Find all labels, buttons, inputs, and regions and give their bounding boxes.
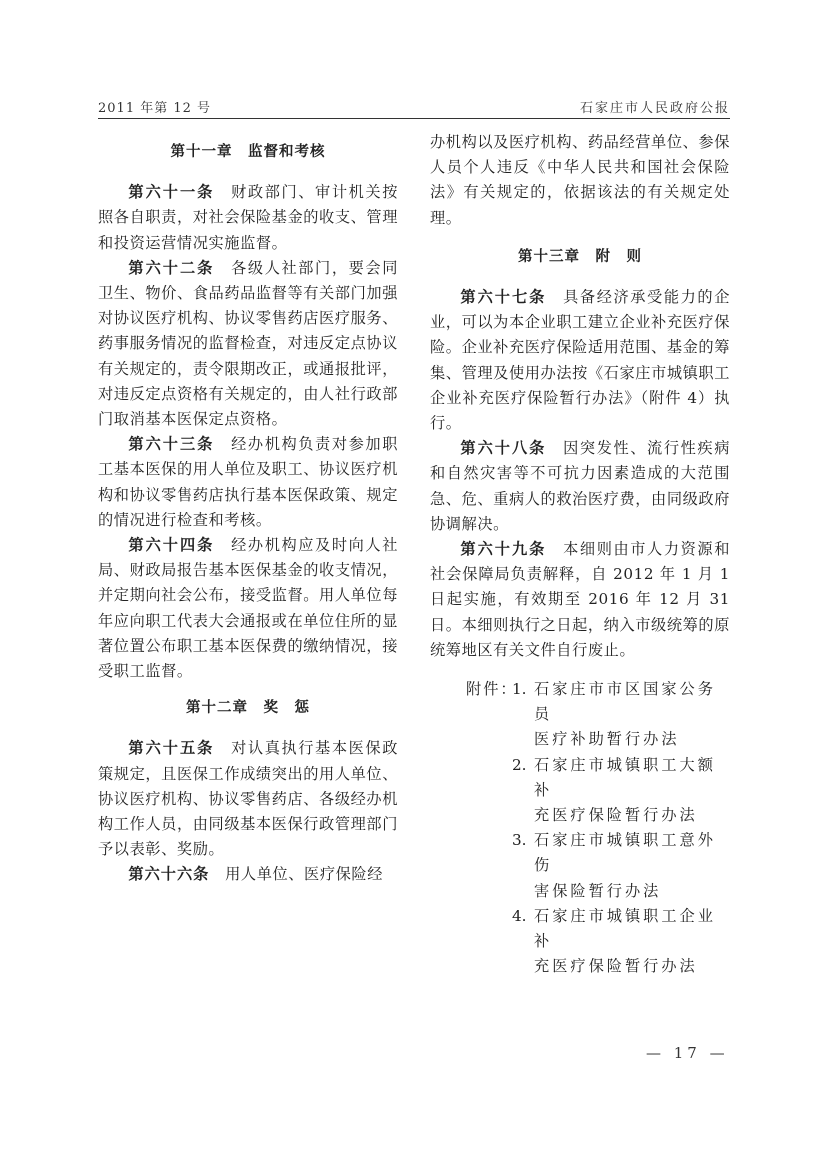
article-66-continued: 办机构以及医疗机构、药品经营单位、参保人员个人违反《中华人民共和国社会保险法》有… (430, 130, 730, 231)
attachment-title: 石家庄市城镇职工意外伤 (534, 828, 730, 878)
attachment-number: 4. (512, 904, 527, 929)
chapter-heading: 第十一章 监督和考核 (98, 140, 398, 165)
attachment-item: 3. 石家庄市城镇职工意外伤 害保险暂行办法 (430, 828, 730, 904)
attachment-item: 附件： 1. 石家庄市市区国家公务员 医疗补助暂行办法 (430, 677, 730, 753)
publication-title: 石家庄市人民政府公报 (580, 97, 730, 116)
attachments-label: 附件： (466, 677, 518, 702)
attachment-title-cont: 充医疗保险暂行办法 (534, 803, 730, 828)
article-69: 第六十九条 本细则由市人力资源和社会保障局负责解释，自 2012 年 1 月 1… (430, 537, 730, 663)
chapter-heading: 第十二章 奖 惩 (98, 696, 398, 721)
header-rule (98, 118, 730, 119)
article-61: 第六十一条 财政部门、审计机关按照各自职责，对社会保险基金的收支、管理和投资运营… (98, 180, 398, 256)
article-65: 第六十五条 对认真执行基本医保政策规定，且医保工作成绩突出的用人单位、协议医疗机… (98, 736, 398, 862)
running-header: 2011 年第 12 号 石家庄市人民政府公报 (98, 94, 730, 116)
article-label: 第六十一条 (128, 183, 214, 201)
attachments-list: 附件： 1. 石家庄市市区国家公务员 医疗补助暂行办法 2. 石家庄市城镇职工大… (430, 677, 730, 979)
article-label: 第六十七条 (460, 288, 546, 306)
attachment-title-cont: 充医疗保险暂行办法 (534, 954, 730, 979)
article-66: 第六十六条 用人单位、医疗保险经 (98, 862, 398, 887)
article-label: 第六十九条 (460, 540, 546, 558)
attachment-number: 3. (512, 828, 527, 853)
attachment-item: 2. 石家庄市城镇职工大额补 充医疗保险暂行办法 (430, 753, 730, 829)
article-67: 第六十七条 具备经济承受能力的企业，可以为本企业职工建立企业补充医疗保险。企业补… (430, 285, 730, 436)
attachment-title-cont: 害保险暂行办法 (534, 879, 730, 904)
page-number: — 17 — (646, 1044, 729, 1062)
issue-label: 2011 年第 12 号 (98, 97, 211, 116)
attachment-title: 石家庄市市区国家公务员 (534, 677, 730, 727)
attachment-title-cont: 医疗补助暂行办法 (534, 727, 730, 752)
article-label: 第六十三条 (128, 435, 214, 453)
attachment-number: 1. (512, 677, 527, 702)
attachment-item: 4. 石家庄市城镇职工企业补 充医疗保险暂行办法 (430, 904, 730, 980)
article-62: 第六十二条 各级人社部门，要会同卫生、物价、食品药品监督等有关部门加强对协议医疗… (98, 256, 398, 432)
attachment-number: 2. (512, 753, 527, 778)
attachment-title: 石家庄市城镇职工大额补 (534, 753, 730, 803)
attachment-title: 石家庄市城镇职工企业补 (534, 904, 730, 954)
chapter-heading: 第十三章 附 则 (430, 245, 730, 270)
article-63: 第六十三条 经办机构负责对参加职工基本医保的用人单位及职工、协议医疗机构和协议零… (98, 432, 398, 533)
article-text: 经办机构应及时向人社局、财政局报告基本医保基金的收支情况，并定期向社会公布，接受… (98, 536, 398, 680)
article-label: 第六十二条 (128, 259, 214, 277)
article-label: 第六十五条 (128, 739, 214, 757)
article-text: 用人单位、医疗保险经 (225, 865, 383, 883)
right-column: 办机构以及医疗机构、药品经营单位、参保人员个人违反《中华人民共和国社会保险法》有… (430, 130, 730, 663)
article-label: 第六十八条 (460, 439, 546, 457)
article-68: 第六十八条 因突发性、流行性疾病和自然灾害等不可抗力因素造成的大范围急、危、重病… (430, 436, 730, 537)
article-label: 第六十四条 (128, 536, 214, 554)
article-text: 各级人社部门，要会同卫生、物价、食品药品监督等有关部门加强对协议医疗机构、协议零… (98, 259, 398, 428)
left-column: 第十一章 监督和考核 第六十一条 财政部门、审计机关按照各自职责，对社会保险基金… (98, 136, 398, 888)
article-text: 具备经济承受能力的企业，可以为本企业职工建立企业补充医疗保险。企业补充医疗保险适… (430, 288, 730, 432)
article-label: 第六十六条 (128, 865, 209, 883)
article-64: 第六十四条 经办机构应及时向人社局、财政局报告基本医保基金的收支情况，并定期向社… (98, 533, 398, 684)
